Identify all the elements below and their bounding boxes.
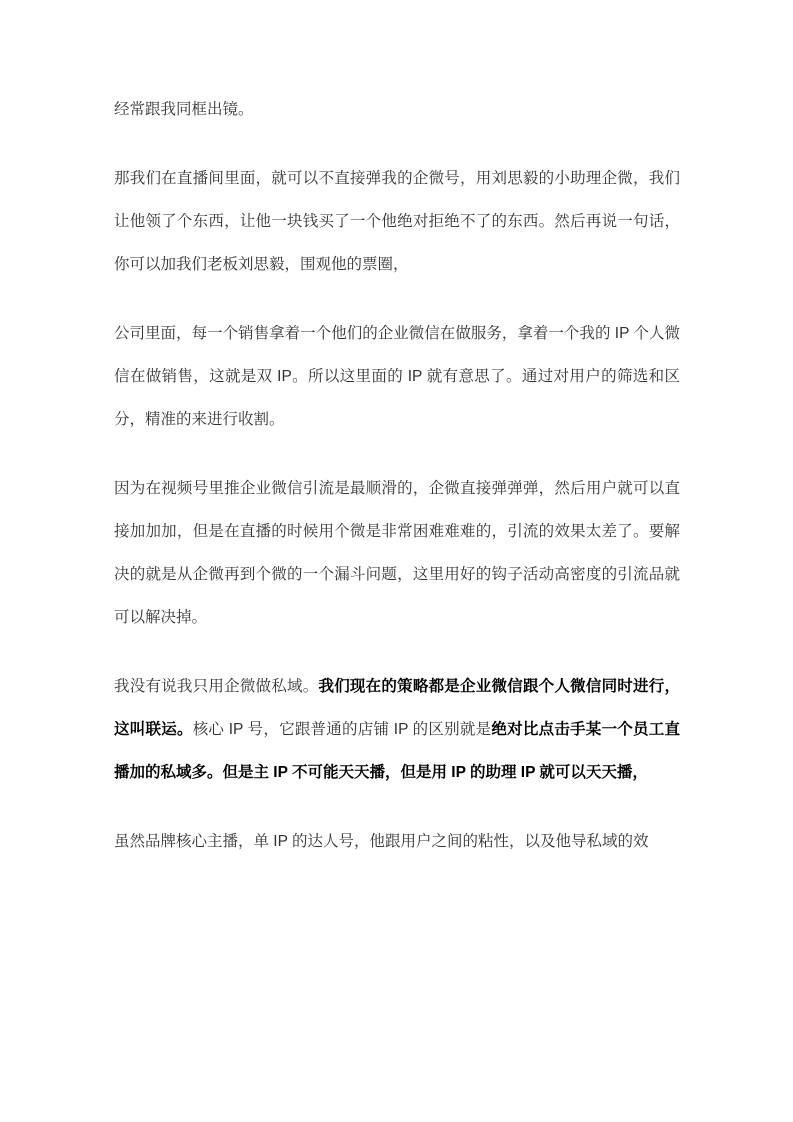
text-run: 虽然品牌核心主播，单 IP 的达人号，他跟用户之间的粘性，以及他导私域的效 [114,833,648,850]
text-run: 那我们在直播间里面，就可以不直接弹我的企微号，用刘思毅的小助理企微，我们让他领了… [114,170,680,273]
paragraph: 虽然品牌核心主播，单 IP 的达人号，他跟用户之间的粘性，以及他导私域的效 [114,820,680,863]
text-run: 经常跟我同框出镜。 [114,101,254,118]
document-page: 经常跟我同框出镜。那我们在直播间里面，就可以不直接弹我的企微号，用刘思毅的小助理… [0,0,793,1122]
paragraph: 因为在视频号里推企业微信引流是最顺滑的，企微直接弹弹弹，然后用户就可以直接加加加… [114,467,680,639]
paragraph: 公司里面，每一个销售拿着一个他们的企业微信在做服务，拿着一个我的 IP 个人微信… [114,312,680,441]
paragraph: 经常跟我同框出镜。 [114,88,680,131]
text-run: 公司里面，每一个销售拿着一个他们的企业微信在做服务，拿着一个我的 IP 个人微信… [114,325,680,428]
text-run: 因为在视频号里推企业微信引流是最顺滑的，企微直接弹弹弹，然后用户就可以直接加加加… [114,480,680,626]
text-run: 我没有说我只用企微做私域。 [114,678,318,695]
paragraph: 我没有说我只用企微做私域。我们现在的策略都是企业微信跟个人微信同时进行，这叫联运… [114,665,680,794]
text-run: 核心 IP 号，它跟普通的店铺 IP 的区别就是 [193,721,492,738]
document-body: 经常跟我同框出镜。那我们在直播间里面，就可以不直接弹我的企微号，用刘思毅的小助理… [114,88,680,889]
paragraph: 那我们在直播间里面，就可以不直接弹我的企微号，用刘思毅的小助理企微，我们让他领了… [114,157,680,286]
